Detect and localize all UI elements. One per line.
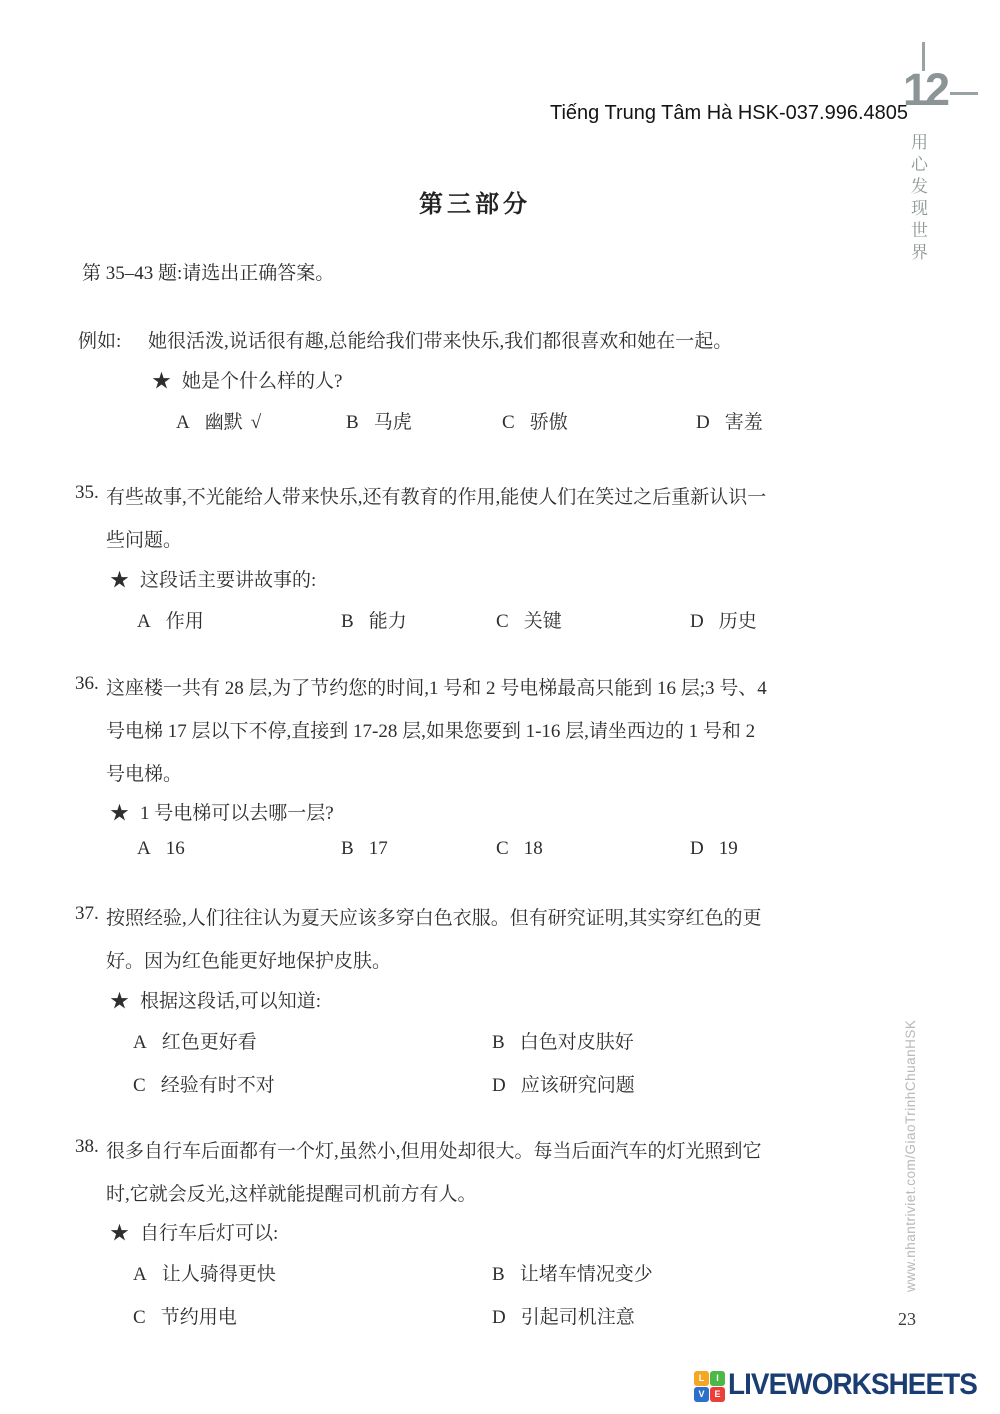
q36-option-c[interactable]: C18 <box>496 838 543 860</box>
star-icon: ★ <box>110 1223 129 1244</box>
q37-option-a[interactable]: A红色更好看 <box>133 1027 257 1054</box>
q38-question: ★自行车后灯可以: <box>110 1218 278 1245</box>
q35-passage-line-1: 有些故事,不光能给人带来快乐,还有教育的作用,能使人们在笑过之后重新认识一 <box>106 482 766 509</box>
q36-question: ★1 号电梯可以去哪一层? <box>110 798 334 825</box>
logo-square-l: L <box>694 1371 709 1386</box>
example-label: 例如: <box>78 326 121 353</box>
side-watermark: www.nhantriviet.com/GiaoTrinhChuanHSK <box>903 1020 918 1292</box>
example-question: ★她是个什么样的人? <box>152 366 342 393</box>
logo-square-v: V <box>694 1387 709 1402</box>
chapter-number: 12 <box>903 64 947 116</box>
star-icon: ★ <box>152 371 171 392</box>
q36-option-d[interactable]: D19 <box>690 838 738 860</box>
header-watermark: Tiếng Trung Tâm Hà HSK-037.996.4805 <box>550 102 908 125</box>
q37-passage-line-1: 按照经验,人们往往认为夏天应该多穿白色衣服。但有研究证明,其实穿红色的更 <box>106 903 762 930</box>
worksheet-page: Tiếng Trung Tâm Hà HSK-037.996.4805 12 用… <box>0 0 1000 1414</box>
q36-option-a[interactable]: A16 <box>137 838 185 860</box>
q37-option-b[interactable]: B白色对皮肤好 <box>492 1027 634 1054</box>
liveworksheets-logo-icon: L I V E <box>694 1371 725 1402</box>
q38-number: 38. <box>75 1136 99 1158</box>
example-option-d[interactable]: D害羞 <box>696 407 763 434</box>
checkmark-icon: √ <box>251 412 261 433</box>
q35-question: ★这段话主要讲故事的: <box>110 565 316 592</box>
q36-passage-line-2: 号电梯 17 层以下不停,直接到 17-28 层,如果您要到 1-16 层,请坐… <box>106 716 755 743</box>
liveworksheets-logo-text: LIVEWORKSHEETS <box>728 1368 977 1402</box>
q37-passage-line-2: 好。因为红色能更好地保护皮肤。 <box>106 946 391 973</box>
q35-number: 35. <box>75 482 99 504</box>
example-option-b[interactable]: B马虎 <box>346 407 412 434</box>
example-question-text: 她是个什么样的人? <box>182 371 342 392</box>
q36-passage-line-3: 号电梯。 <box>106 759 182 786</box>
q35-option-b[interactable]: B能力 <box>341 606 407 633</box>
q36-passage-line-1: 这座楼一共有 28 层,为了节约您的时间,1 号和 2 号电梯最高只能到 16 … <box>106 673 767 700</box>
q37-number: 37. <box>75 903 99 925</box>
q38-option-d[interactable]: D引起司机注意 <box>492 1302 635 1329</box>
q38-option-b[interactable]: B让堵车情况变少 <box>492 1259 653 1286</box>
example-option-a[interactable]: A幽默√ <box>176 407 261 434</box>
q35-option-d[interactable]: D历史 <box>690 606 757 633</box>
q36-option-b[interactable]: B17 <box>341 838 388 860</box>
q38-passage-line-1: 很多自行车后面都有一个灯,虽然小,但用处却很大。每当后面汽车的灯光照到它 <box>106 1136 762 1163</box>
section-instructions: 第 35–43 题:请选出正确答案。 <box>82 258 334 285</box>
chapter-tick-horizontal <box>950 92 978 95</box>
section-title: 第三部分 <box>0 184 950 219</box>
q37-question: ★根据这段话,可以知道: <box>110 986 321 1013</box>
q37-option-c[interactable]: C经验有时不对 <box>133 1070 275 1097</box>
q36-number: 36. <box>75 673 99 695</box>
q38-option-c[interactable]: C节约用电 <box>133 1302 237 1329</box>
star-icon: ★ <box>110 570 129 591</box>
star-icon: ★ <box>110 803 129 824</box>
page-number: 23 <box>898 1309 916 1330</box>
q37-option-d[interactable]: D应该研究问题 <box>492 1070 635 1097</box>
q38-passage-line-2: 时,它就会反光,这样就能提醒司机前方有人。 <box>106 1179 477 1206</box>
q35-option-a[interactable]: A作用 <box>137 606 204 633</box>
logo-square-i: I <box>710 1371 725 1386</box>
example-option-c[interactable]: C骄傲 <box>502 407 568 434</box>
q38-option-a[interactable]: A让人骑得更快 <box>133 1259 276 1286</box>
example-passage: 她很活泼,说话很有趣,总能给我们带来快乐,我们都很喜欢和她在一起。 <box>148 326 732 353</box>
q35-option-c[interactable]: C关键 <box>496 606 562 633</box>
star-icon: ★ <box>110 991 129 1012</box>
logo-square-e: E <box>710 1387 725 1402</box>
liveworksheets-logo[interactable]: L I V E LIVEWORKSHEETS <box>694 1368 996 1402</box>
q35-passage-line-2: 些问题。 <box>106 525 182 552</box>
